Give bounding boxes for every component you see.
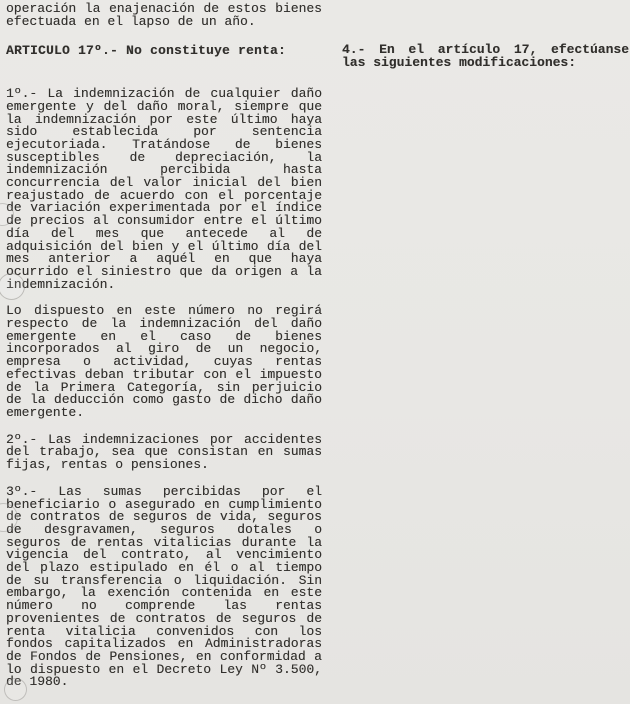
right-column: 4.- En el artículo 17, efectúanselas sig…	[342, 44, 629, 69]
document-page: operación la enajenación de estos bienes…	[0, 0, 630, 704]
paragraph: 4.- En el artículo 17, efectúanselas sig…	[342, 44, 629, 69]
article-heading: ARTICULO 17º.- No constituye renta:	[6, 45, 322, 58]
text-line: las siguientes modificaciones:	[342, 57, 629, 70]
text-line: ARTICULO 17º.- No constituye renta:	[6, 45, 322, 58]
paragraph: Lo dispuesto en este número no regiráres…	[6, 305, 322, 419]
stamp-mark	[4, 678, 27, 701]
paragraph: operación la enajenación de estos bienes…	[6, 3, 322, 28]
left-column: operación la enajenación de estos bienes…	[6, 3, 322, 689]
paragraph: 3º.- Las sumas percibidas por elbenefici…	[6, 486, 322, 689]
text-line: efectuada en el lapso de un año.	[6, 16, 322, 29]
text-line: de 1980.	[6, 676, 322, 689]
paragraph: 2º.- Las indemnizaciones por accidentesd…	[6, 434, 322, 472]
paragraph: 1º.- La indemnización de cualquier dañoe…	[6, 88, 322, 291]
text-line: emergente.	[6, 407, 322, 420]
text-line: indemnización.	[6, 279, 322, 292]
text-line: fijas, rentas o pensiones.	[6, 459, 322, 472]
